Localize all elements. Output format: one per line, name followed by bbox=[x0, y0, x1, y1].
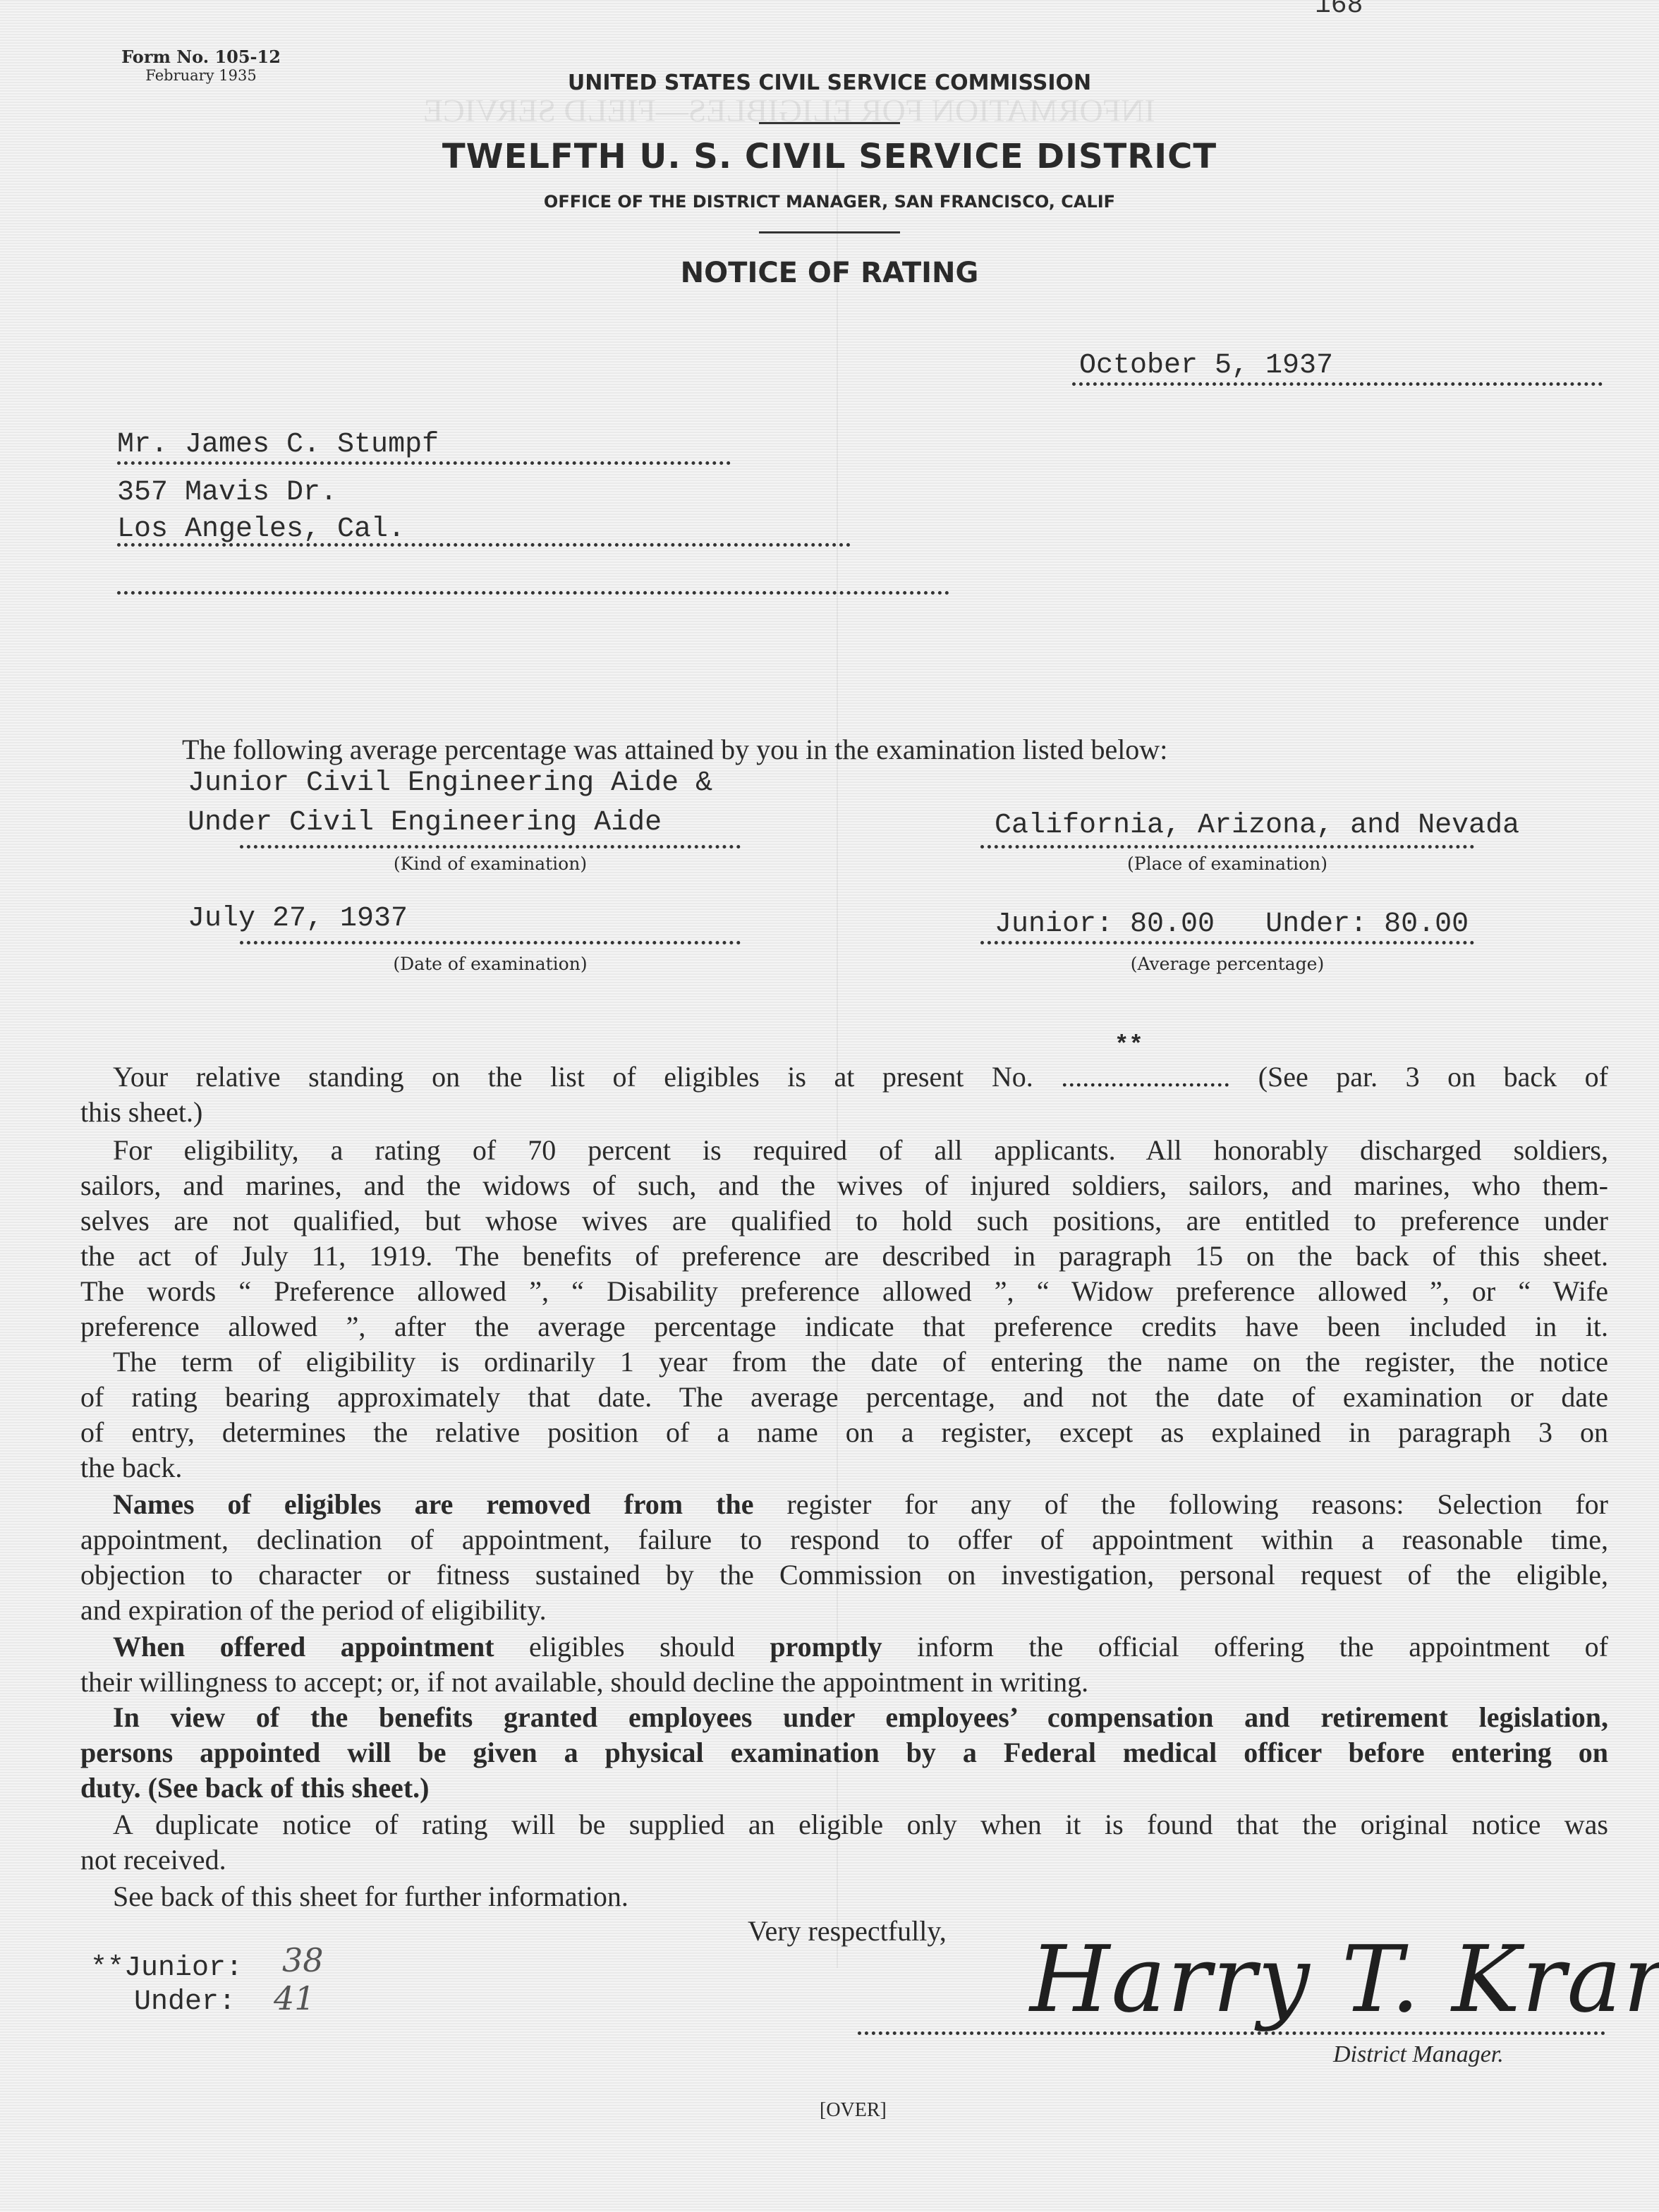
standing-line-2: this sheet.) bbox=[80, 1095, 1608, 1130]
eligibility-line-2: sailors, and marines, and the widows of … bbox=[80, 1168, 1608, 1203]
exam-kind-line-2: Under Civil Engineering Aide bbox=[188, 807, 662, 839]
exam-kind-line-1: Junior Civil Engineering Aide & bbox=[188, 767, 712, 799]
names-line-2: appointment, declination of appointment,… bbox=[80, 1522, 1608, 1557]
intro-text: The following average percentage was att… bbox=[182, 732, 1452, 767]
names-bold: Names of eligibles are removed from the bbox=[113, 1488, 753, 1520]
exam-place-line bbox=[980, 845, 1474, 849]
exam-date-line bbox=[240, 941, 741, 944]
offer-bold-2: promptly bbox=[770, 1631, 882, 1663]
exam-date-caption: (Date of examination) bbox=[240, 954, 741, 974]
signature: Harry T. Krang bbox=[1030, 1926, 1659, 2033]
signature-title: District Manager. bbox=[1333, 2041, 1504, 2068]
eligibility-line-5: The words “ Preference allowed ”, “ Disa… bbox=[80, 1274, 1608, 1309]
view-line-2: persons appointed will be given a physic… bbox=[80, 1735, 1608, 1770]
recipient-street: 357 Mavis Dr. bbox=[117, 477, 337, 509]
view-line-1: In view of the benefits granted employee… bbox=[80, 1700, 1608, 1735]
eligibility-line-6: preference allowed ”, after the average … bbox=[80, 1309, 1608, 1344]
recipient-city-line bbox=[117, 543, 851, 547]
term-line-4: the back. bbox=[80, 1450, 1608, 1485]
exam-kind-line bbox=[240, 845, 741, 849]
offer-line-1: When offered appointment eligibles shoul… bbox=[80, 1629, 1608, 1665]
notice-title: NOTICE OF RATING bbox=[0, 257, 1659, 289]
names-line-4: and expiration of the period of eligibil… bbox=[80, 1593, 1608, 1628]
recipient-name: Mr. James C. Stumpf bbox=[117, 429, 439, 461]
view-line-3: duty. (See back of this sheet.) bbox=[80, 1770, 1608, 1806]
term-line-1: The term of eligibility is ordinarily 1 … bbox=[80, 1344, 1608, 1380]
offer-rest: inform the official offering the appoint… bbox=[882, 1631, 1608, 1663]
signature-line bbox=[858, 2031, 1605, 2035]
duplicate-line-1: A duplicate notice of rating will be sup… bbox=[80, 1807, 1608, 1842]
names-rest: register for any of the following reason… bbox=[753, 1488, 1608, 1520]
page-number: 168 bbox=[1315, 0, 1363, 20]
notice-date: October 5, 1937 bbox=[1079, 350, 1333, 382]
average-caption: (Average percentage) bbox=[980, 954, 1474, 974]
heading-rule-2 bbox=[759, 231, 900, 233]
eligibility-line-1: For eligibility, a rating of 70 percent … bbox=[80, 1133, 1608, 1168]
heading-rule-1 bbox=[759, 122, 900, 124]
term-line-2: of rating bearing approximately that dat… bbox=[80, 1380, 1608, 1415]
exam-place-caption: (Place of examination) bbox=[980, 853, 1474, 874]
offer-line-2: their willingness to accept; or, if not … bbox=[80, 1665, 1608, 1700]
standing-under-value: 41 bbox=[274, 1979, 315, 2017]
document-page: INFORMATION FOR ELIGIBLES—FIELD SERVICE … bbox=[0, 0, 1659, 2212]
standing-line-1: Your relative standing on the list of el… bbox=[80, 1059, 1608, 1095]
offer-bold-1: When offered appointment bbox=[113, 1631, 494, 1663]
office-heading: OFFICE OF THE DISTRICT MANAGER, SAN FRAN… bbox=[0, 192, 1659, 212]
eligibility-line-3: selves are not qualified, but whose wive… bbox=[80, 1203, 1608, 1239]
standing-under-label: Under: bbox=[134, 1986, 236, 2018]
average-line bbox=[980, 941, 1474, 944]
closing: Very respectfully, bbox=[748, 1914, 947, 1947]
see-back-line: See back of this sheet for further infor… bbox=[80, 1879, 1608, 1914]
date-line bbox=[1072, 382, 1603, 386]
agency-heading: UNITED STATES CIVIL SERVICE COMMISSION bbox=[0, 71, 1659, 95]
exam-date: July 27, 1937 bbox=[188, 903, 408, 935]
recipient-name-line bbox=[117, 461, 731, 465]
recipient-city: Los Angeles, Cal. bbox=[117, 513, 405, 545]
term-line-3: of entry, determines the relative positi… bbox=[80, 1415, 1608, 1450]
form-number: Form No. 105-12 bbox=[121, 47, 281, 67]
duplicate-line-2: not received. bbox=[80, 1842, 1608, 1878]
exam-kind-caption: (Kind of examination) bbox=[240, 853, 741, 874]
standing-junior-value: 38 bbox=[282, 1941, 324, 1979]
offer-mid: eligibles should bbox=[494, 1631, 770, 1663]
over-footer: [OVER] bbox=[820, 2099, 887, 2122]
names-line-3: objection to character or fitness sustai… bbox=[80, 1557, 1608, 1593]
average-percentage: Junior: 80.00 Under: 80.00 bbox=[995, 909, 1469, 940]
standing-junior-label: **Junior: bbox=[90, 1952, 243, 1984]
eligibility-line-4: the act of July 11, 1919. The benefits o… bbox=[80, 1239, 1608, 1274]
district-heading: TWELFTH U. S. CIVIL SERVICE DISTRICT bbox=[0, 137, 1659, 176]
recipient-extra-line bbox=[117, 591, 949, 595]
names-line-1: Names of eligibles are removed from the … bbox=[80, 1487, 1608, 1522]
standing-marker: ** bbox=[1114, 1033, 1143, 1059]
exam-place: California, Arizona, and Nevada bbox=[995, 810, 1519, 841]
